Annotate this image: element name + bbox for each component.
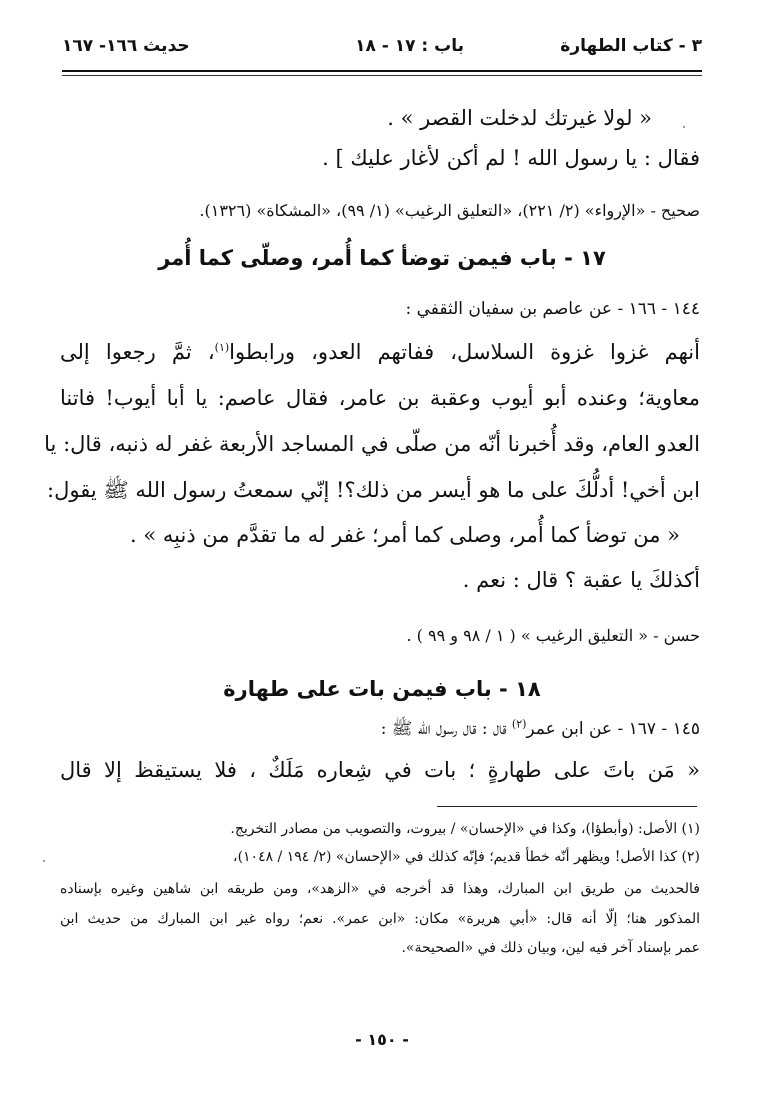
text-fragment: ١٤٥ - ١٦٧ - عن ابن عمر [526, 719, 700, 739]
scan-speck [683, 126, 685, 128]
footnote-ref-1[interactable]: (١) [215, 341, 230, 354]
footnote-ref-2[interactable]: (٢) [512, 717, 527, 730]
chapter-heading-18: ١٨ - باب فيمن بات على طهارة [62, 673, 702, 705]
scan-speck [43, 860, 45, 862]
book-page: ٣ - كتاب الطهارة باب : ١٧ - ١٨ حديث ١٦٦-… [0, 0, 762, 1096]
text-line: أكذلكَ يا عقبة ؟ قال : نعم . [60, 565, 700, 595]
prophetic-quote: « مَن باتَ على طهارةٍ ؛ بات في شِعاره مَ… [60, 755, 700, 785]
header-book-title: ٣ - كتاب الطهارة [560, 36, 702, 56]
header-hadith-range: حديث ١٦٦- ١٦٧ [62, 36, 190, 56]
text-line: معاوية؛ وعنده أبو أيوب وعقبة بن عامر، فق… [60, 383, 700, 413]
footnote-2-continued: عمر بإسناد آخر فيه لين، وبيان ذلك في «ال… [60, 937, 700, 959]
hadith-header: ١٤٥ - ١٦٧ - عن ابن عمر(٢) قال : قال رسول… [60, 717, 700, 741]
text-line: « لولا غيرتك لدخلت القصر » . [60, 103, 652, 133]
grading-line: حسن - « التعليق الرغيب » ( ١ / ٩٨ و ٩٩ )… [60, 624, 700, 648]
text-fragment: ، ثمَّ رجعوا إلى [60, 340, 215, 364]
grading-line: صحيح - «الإرواء» (٢/ ٢٢١)، «التعليق الرغ… [60, 199, 700, 223]
footnote-1: (١) الأصل: (وأبطؤا)، وكذا في «الإحسان» /… [60, 818, 700, 840]
hadith-header: ١٤٤ - ١٦٦ - عن عاصم بن سفيان الثقفي : [60, 297, 700, 321]
header-rule-thick [62, 70, 702, 72]
header-rule-thin [62, 75, 702, 76]
running-header: ٣ - كتاب الطهارة باب : ١٧ - ١٨ حديث ١٦٦-… [62, 36, 702, 64]
footnote-2: (٢) كذا الأصل! ويظهر أنّه خطأ قديم؛ فإنّ… [60, 846, 700, 868]
footnote-separator [437, 806, 697, 807]
text-line: فقال : يا رسول الله ! لم أكن لأغار عليك … [60, 143, 700, 173]
text-line: ابن أخي! أدلُّكَ على ما هو أيسر من ذلك؟!… [60, 475, 700, 505]
footnote-2-continued: المذكور هنا؛ إلّا أنه قال: «أبي هريرة» م… [60, 908, 700, 930]
text-line: العدو العام، وقد أُخبرنا أنّه من صلّى في… [60, 429, 700, 459]
text-fragment: قال : قال رسول الله ﷺ : [381, 719, 512, 739]
text-fragment: أنهم غزوا غزوة السلاسل، ففاتهم العدو، ور… [229, 340, 700, 364]
prophetic-quote: « من توضأ كما أُمر، وصلى كما أمر؛ غفر له… [60, 520, 680, 550]
text-line: أنهم غزوا غزوة السلاسل، ففاتهم العدو، ور… [60, 337, 700, 367]
page-number: - ١٥٠ - [62, 1030, 702, 1049]
chapter-heading-17: ١٧ - باب فيمن توضأ كما أُمر، وصلّى كما أ… [62, 242, 702, 274]
header-chapter-range: باب : ١٧ - ١٨ [355, 36, 464, 56]
footnote-2-continued: فالحديث من طريق ابن المبارك، وهذا قد أخر… [60, 878, 700, 900]
